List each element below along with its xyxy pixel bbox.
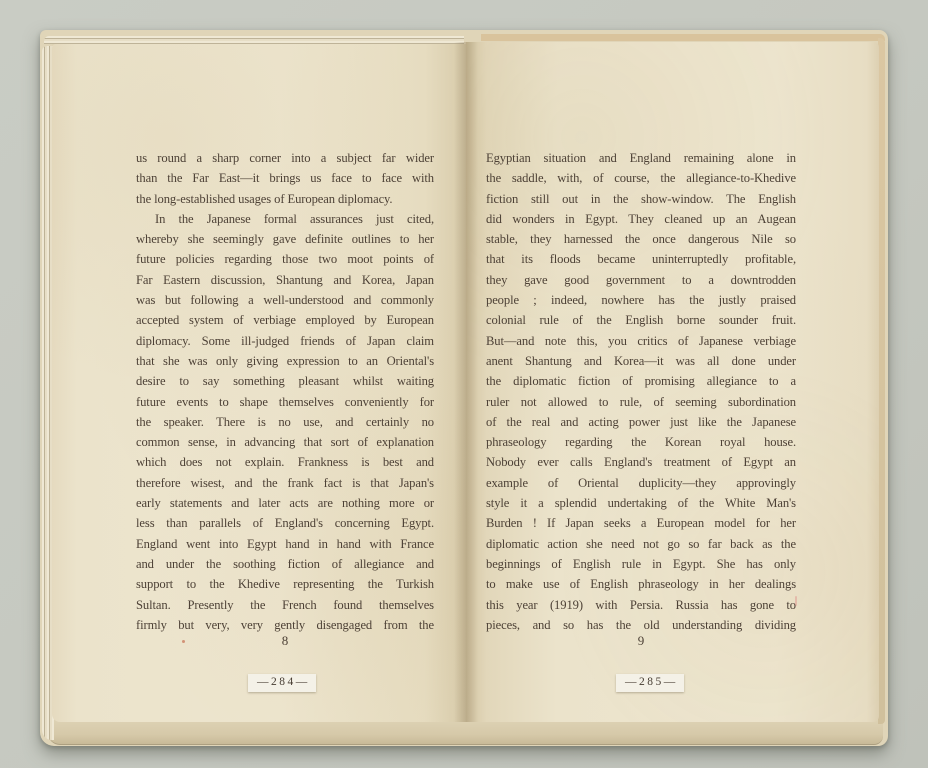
page-edges-bottom <box>48 720 883 745</box>
text-line: future events to shape themselves conven… <box>136 392 434 412</box>
text-line: style it a splendid undertaking of the W… <box>486 493 796 513</box>
text-line: diplomatic action she need not go so far… <box>486 534 796 554</box>
text-line: support to the Khedive representing the … <box>136 574 434 594</box>
book-photograph: us round a sharp corner into a subject f… <box>0 0 928 768</box>
text-line: and under the soothing fiction of allegi… <box>136 554 434 574</box>
text-line: accepted system of verbiage employed by … <box>136 310 434 330</box>
text-line: But—and note this, you critics of Japane… <box>486 331 796 351</box>
text-line: Sultan. Presently the French found thems… <box>136 595 434 615</box>
text-line: colonial rule of the English borne sound… <box>486 310 796 330</box>
text-line: did wonders in Egypt. They cleaned up an… <box>486 209 796 229</box>
text-line: whereby she seemingly gave definite outl… <box>136 229 434 249</box>
right-page-text: Egyptian situation and England remaining… <box>486 148 796 635</box>
text-line: this year (1919) with Persia. Russia has… <box>486 595 796 615</box>
text-line: than the Far East—it brings us face to f… <box>136 168 434 188</box>
text-line: the diplomatic fiction of promising alle… <box>486 371 796 391</box>
text-line: ruler not allowed to rule, of seeming su… <box>486 392 796 412</box>
text-line: to make use of English phraseology in he… <box>486 574 796 594</box>
text-line: phraseology regarding the Korean royal h… <box>486 432 796 452</box>
text-line: In the Japanese formal assurances just c… <box>136 209 434 229</box>
text-line: that its floods became uninterruptedly p… <box>486 249 796 269</box>
text-line: fiction still out in the show-window. Th… <box>486 189 796 209</box>
text-line: us round a sharp corner into a subject f… <box>136 148 434 168</box>
text-line: they gave good government to a downtrodd… <box>486 270 796 290</box>
left-page-number: 8 <box>136 633 434 649</box>
text-line: Far Eastern discussion, Shantung and Kor… <box>136 270 434 290</box>
text-line: the saddle, with, of course, the allegia… <box>486 168 796 188</box>
text-line: England went into Egypt hand in hand wit… <box>136 534 434 554</box>
text-line: which does not explain. Frankness is bes… <box>136 452 434 472</box>
text-line: example of Oriental duplicity—they appro… <box>486 473 796 493</box>
text-line: beginnings of English rule in Egypt. She… <box>486 554 796 574</box>
text-line: Nobody ever calls England's treatment of… <box>486 452 796 472</box>
text-line: Burden ! If Japan seeks a European model… <box>486 513 796 533</box>
text-line: desire to say something pleasant whilst … <box>136 371 434 391</box>
text-line: less than parallels of England's concern… <box>136 513 434 533</box>
text-line: early statements and later acts are noth… <box>136 493 434 513</box>
text-line: stable, they harnessed the once dangerou… <box>486 229 796 249</box>
text-line: that she was only giving expression to a… <box>136 351 434 371</box>
text-line: people ; indeed, nowhere has the justly … <box>486 290 796 310</box>
text-line: was but following a well-understood and … <box>136 290 434 310</box>
text-line: the speaker. There is no use, and certai… <box>136 412 434 432</box>
text-line: anent Shantung and Korea—it was all done… <box>486 351 796 371</box>
right-page-number: 9 <box>486 633 796 649</box>
stamp-label-right: —285— <box>616 674 684 692</box>
text-line: Egyptian situation and England remaining… <box>486 148 796 168</box>
text-line: common sense, in advancing that sort of … <box>136 432 434 452</box>
text-line: therefore wisest, and the frank fact is … <box>136 473 434 493</box>
cover-edge-top <box>481 34 885 41</box>
left-page-text: us round a sharp corner into a subject f… <box>136 148 434 635</box>
text-line: the long-established usages of European … <box>136 189 434 209</box>
text-line: diplomacy. Some ill-judged friends of Ja… <box>136 331 434 351</box>
stamp-label-left: —284— <box>248 674 316 692</box>
text-line: future policies regarding those two moot… <box>136 249 434 269</box>
text-line: of the real and acting power just like t… <box>486 412 796 432</box>
